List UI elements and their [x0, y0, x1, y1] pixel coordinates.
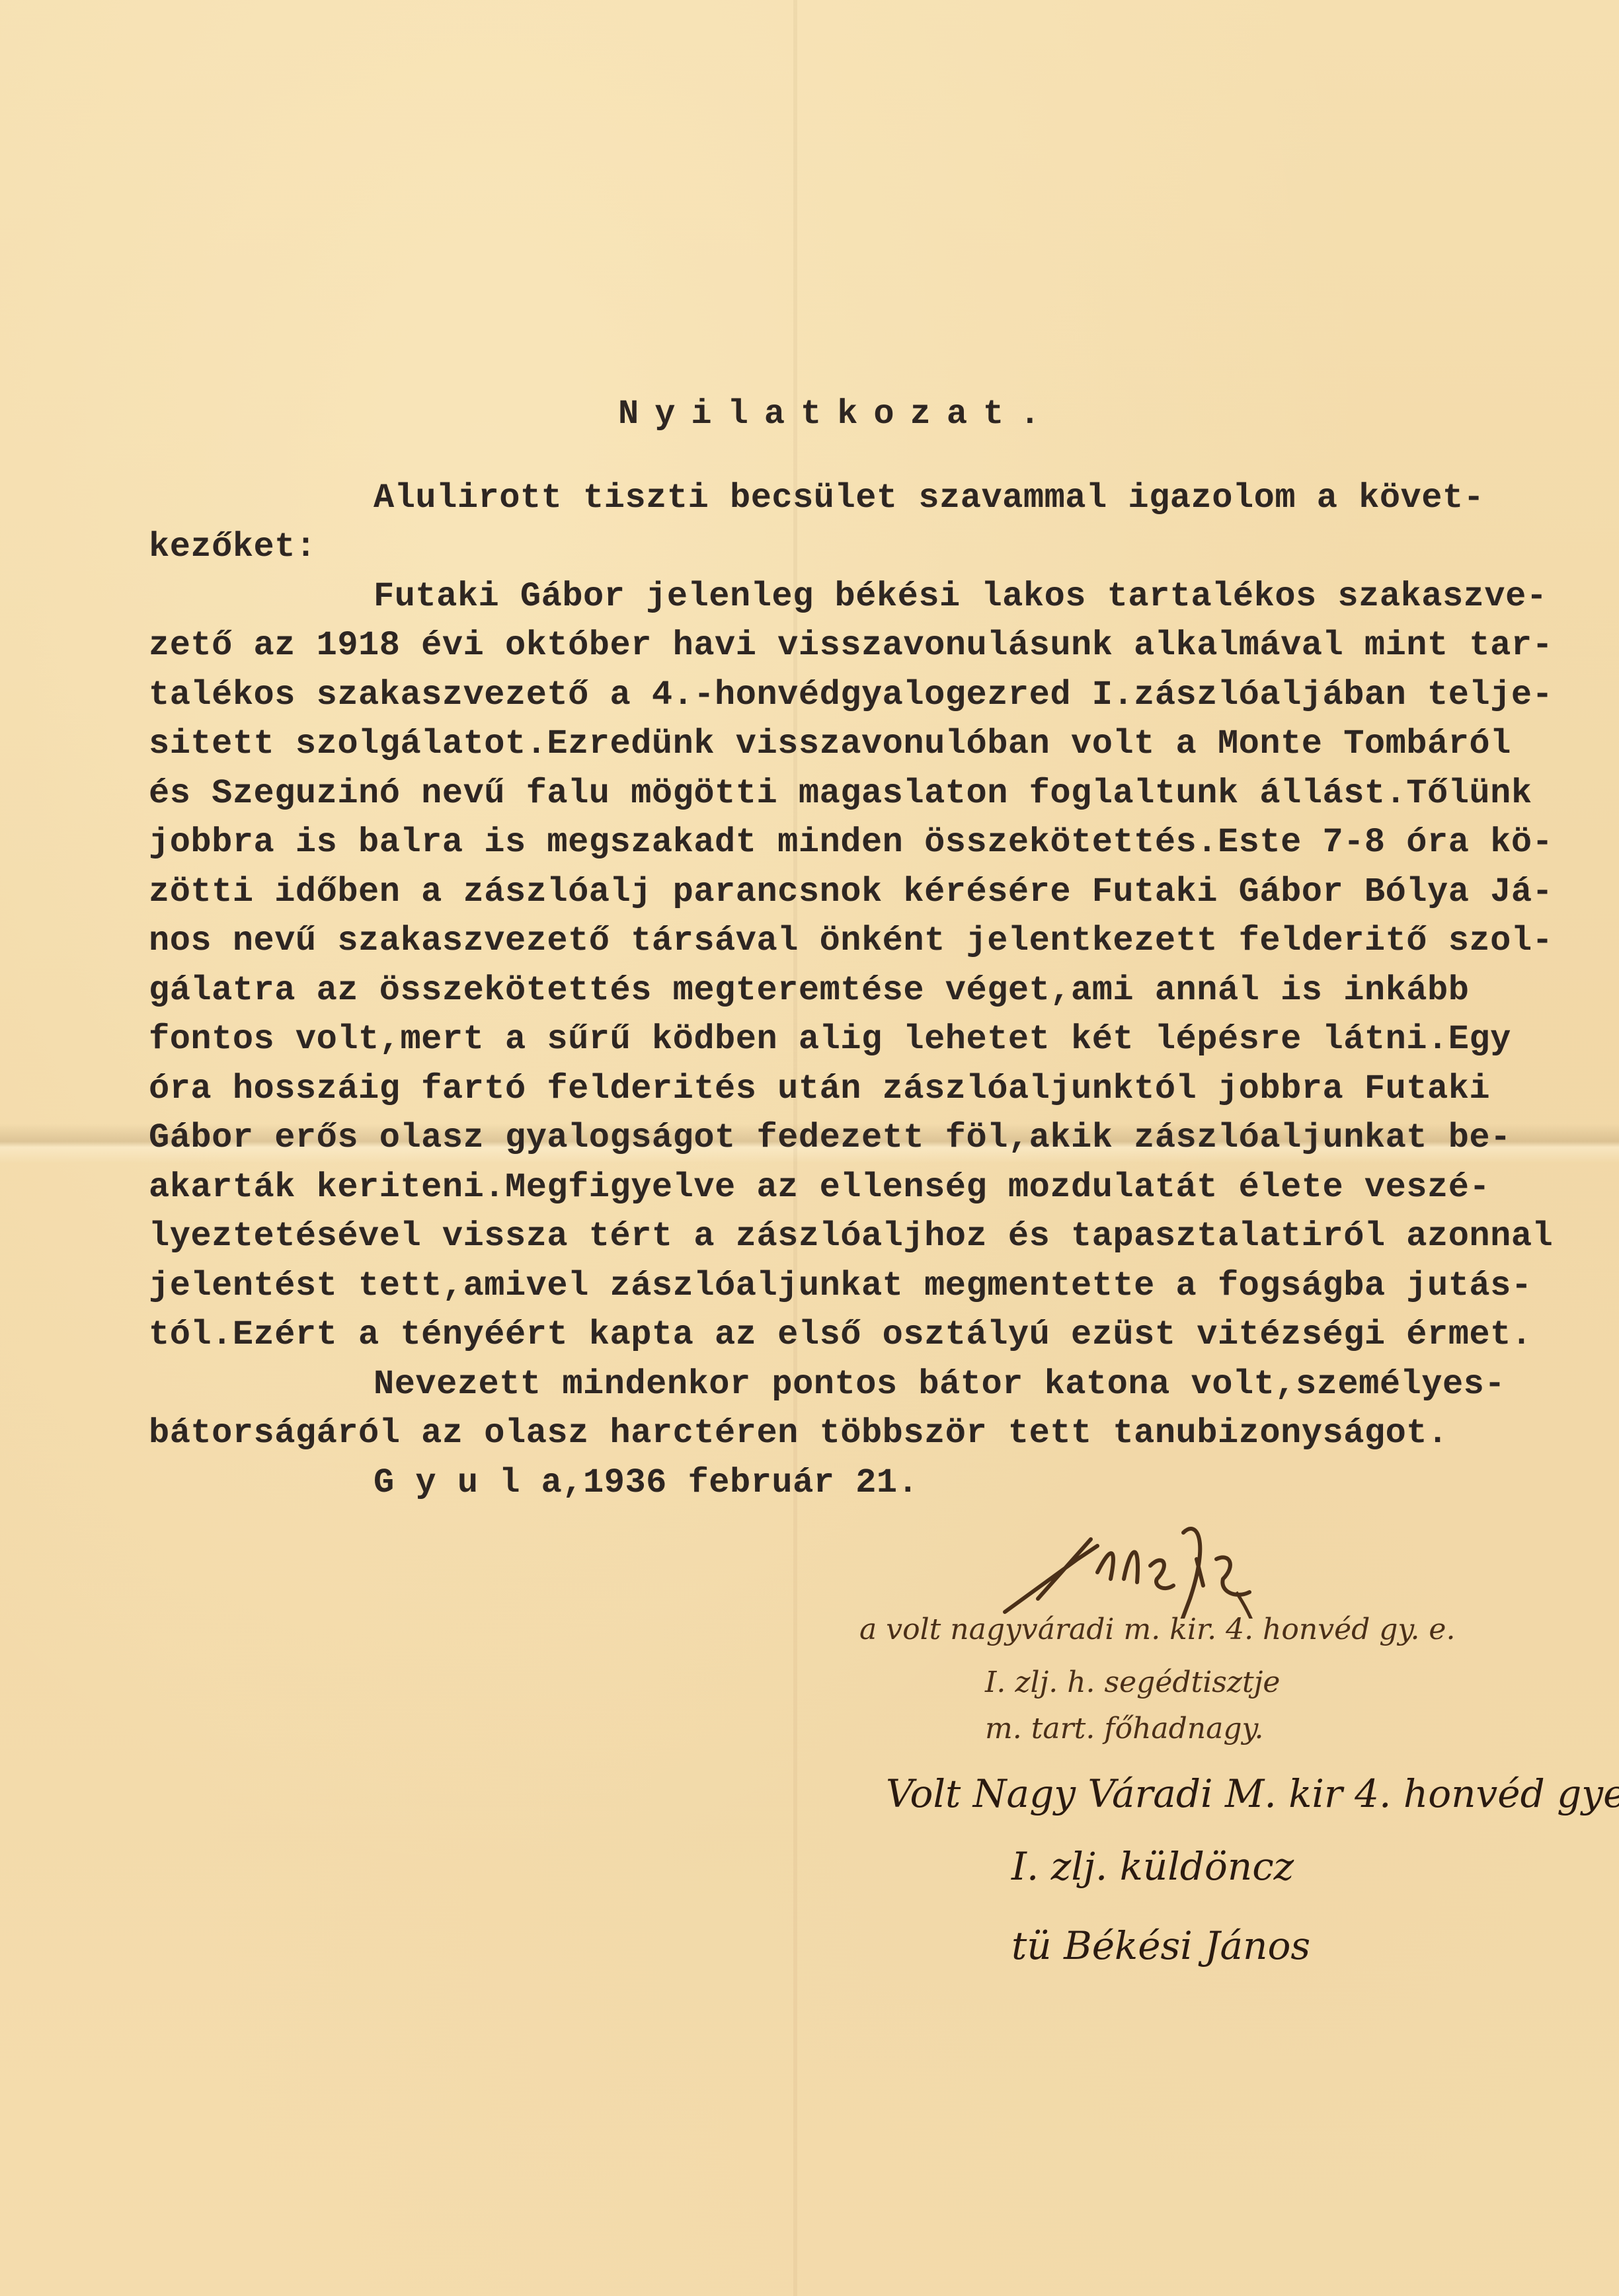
typed-text-block: Nyilatkozat. Alulirott tiszti becsület s…: [149, 390, 1471, 1508]
typed-line: zötti időben a zászlóalj parancsnok kéré…: [149, 868, 1471, 917]
officer-signature: [985, 1507, 1263, 1606]
typed-line: zető az 1918 évi október havi visszavonu…: [149, 621, 1471, 671]
typed-line: fontos volt,mert a sűrű ködben alig lehe…: [149, 1015, 1471, 1065]
typed-line: bátorságáról az olasz harctéren többször…: [149, 1409, 1471, 1459]
typed-line: jobbra is balra is megszakadt minden öss…: [149, 818, 1471, 868]
signature-1-line-2: I. zlj. h. segédtisztje: [985, 1665, 1280, 1699]
typed-line: óra hosszáig fartó felderités után zászl…: [149, 1065, 1471, 1114]
signature-scribble-icon: [998, 1519, 1276, 1619]
document-body: Alulirott tiszti becsület szavammal igaz…: [149, 474, 1471, 1508]
typed-line: sitett szolgálatot.Ezredünk visszavonuló…: [149, 720, 1471, 769]
typed-line: G y u l a,1936 február 21.: [149, 1459, 1471, 1508]
document-title: Nyilatkozat.: [149, 390, 1471, 440]
typed-line: akarták keriteni.Megfigyelve az ellenség…: [149, 1163, 1471, 1213]
typed-line: Alulirott tiszti becsület szavammal igaz…: [149, 474, 1471, 523]
typed-line: jelentést tett,amivel zászlóaljunkat meg…: [149, 1262, 1471, 1311]
typed-line: nos nevű szakaszvezető társával önként j…: [149, 917, 1471, 966]
typed-line: Nevezett mindenkor pontos bátor katona v…: [149, 1360, 1471, 1410]
signature-2-line-1: Volt Nagy Váradi M. kir 4. honvéd gye: [886, 1771, 1619, 1816]
typed-line: tól.Ezért a tényéért kapta az első osztá…: [149, 1311, 1471, 1360]
document-page: Nyilatkozat. Alulirott tiszti becsület s…: [0, 0, 1619, 2296]
signature-2-line-2: I. zlj. küldöncz: [1011, 1844, 1294, 1889]
typed-line: lyeztetésével vissza tért a zászlóaljhoz…: [149, 1212, 1471, 1262]
signature-2-line-3: tü Békési János: [1011, 1923, 1310, 1968]
typed-line: kezőket:: [149, 523, 1471, 572]
typed-line: gálatra az összekötettés megteremtése vé…: [149, 966, 1471, 1016]
signature-1-line-3: m. tart. főhadnagy.: [985, 1712, 1264, 1745]
signature-1-line-1: a volt nagyváradi m. kir. 4. honvéd gy. …: [859, 1613, 1455, 1646]
typed-line: talékos szakaszvezető a 4.-honvédgyaloge…: [149, 671, 1471, 720]
typed-line: Futaki Gábor jelenleg békési lakos tarta…: [149, 572, 1471, 622]
typed-line: és Szeguzinó nevű falu mögötti magaslato…: [149, 769, 1471, 819]
typed-line: Gábor erős olasz gyalogságot fedezett fö…: [149, 1114, 1471, 1163]
